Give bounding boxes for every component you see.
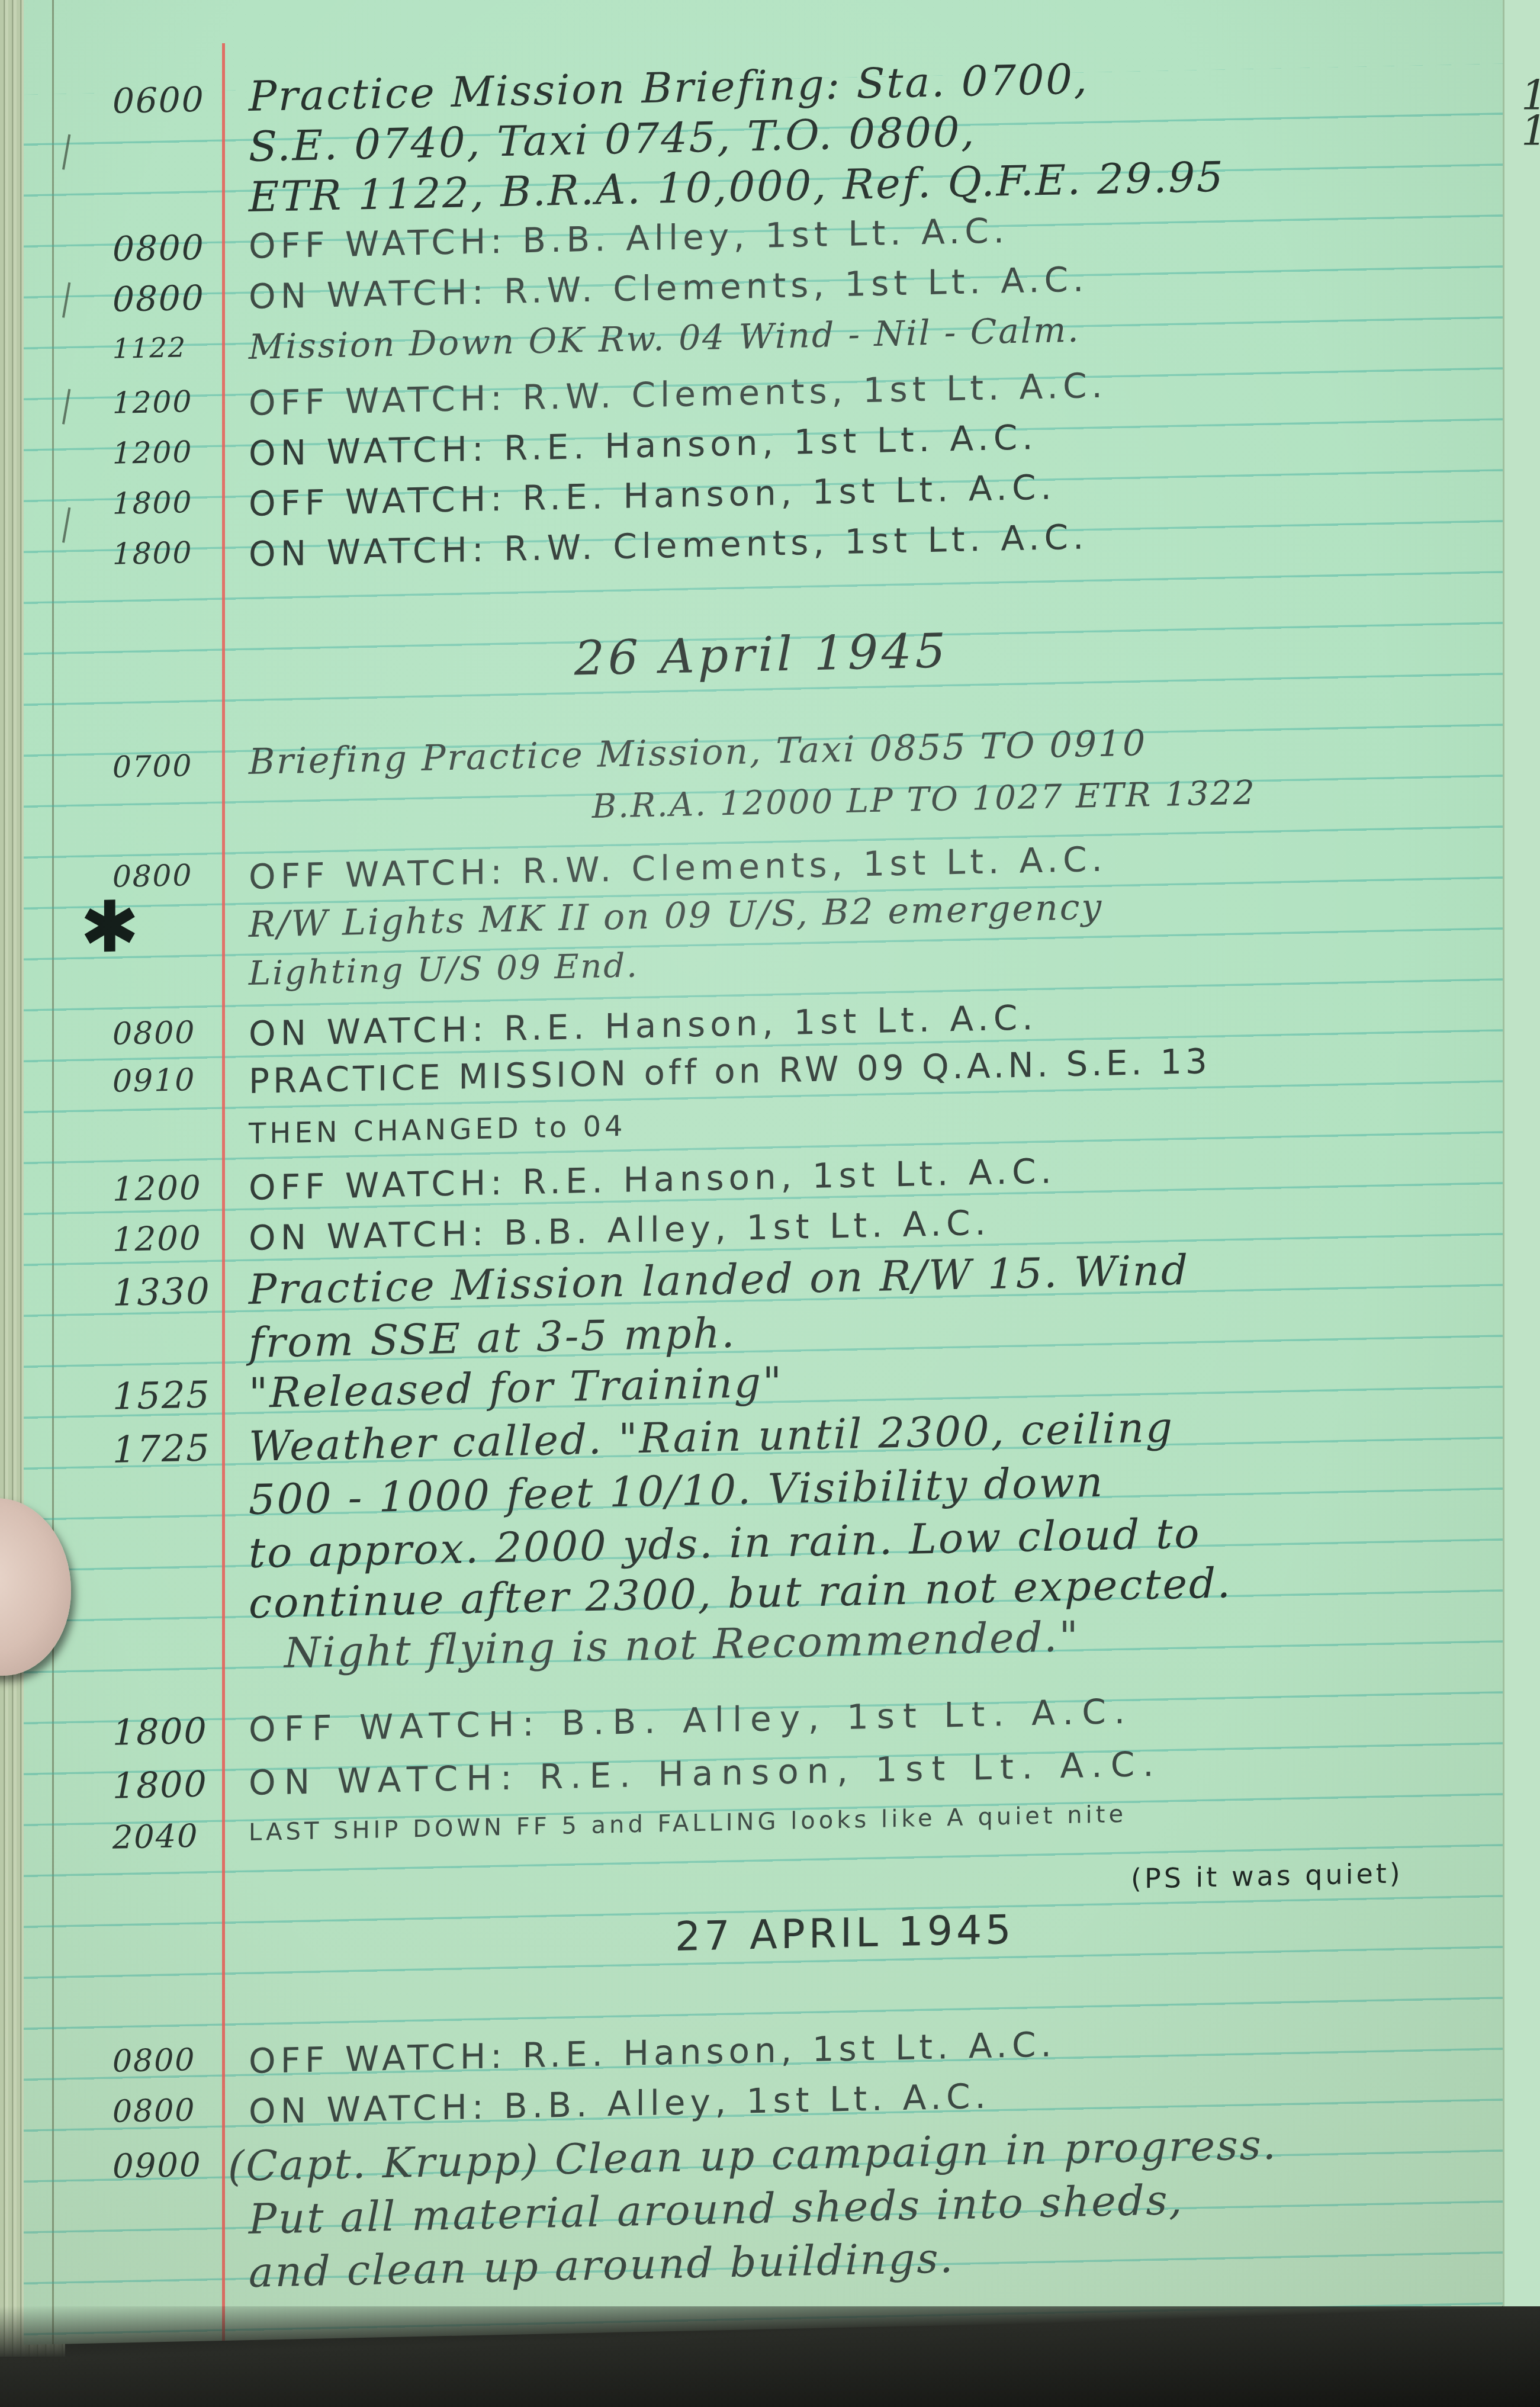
entry-time: 1330 (112, 1269, 219, 1315)
entry-time: 0900 (112, 2145, 219, 2186)
log-entry: 2040 LAST SHIP DOWN FF 5 and FALLING loo… (24, 1790, 1492, 1821)
entry-text: ON WATCH: B.B. Alley, 1st Lt. A.C. (249, 1203, 991, 1258)
ink-blot-mark: ✱ (80, 898, 139, 958)
entry-text: B.R.A. 12000 LP TO 1027 ETR 1322 (592, 773, 1256, 825)
entry-time: 0600 (112, 79, 219, 121)
log-entry: 1200 OFF WATCH: R.W. Clements, 1st Lt. A… (24, 357, 1492, 388)
log-entry: 0600 Practice Mission Briefing: Sta. 070… (24, 40, 1492, 71)
entry-text: "Released for Training" (249, 1358, 783, 1418)
entry-time: 1725 (112, 1426, 219, 1471)
entry-text: ON WATCH: R.W. Clements, 1st Lt. A.C. (249, 259, 1089, 317)
entry-time: 0910 (112, 1062, 219, 1100)
log-entry: 0800 OFF WATCH: R.E. Hanson, 1st Lt. A.C… (24, 2015, 1492, 2046)
log-entry: 0800 ON WATCH: R.E. Hanson, 1st Lt. A.C. (24, 988, 1492, 1018)
entry-text: R/W Lights MK II on 09 U/S, B2 emergency (249, 886, 1103, 946)
log-entry: 1800 OFF WATCH: B.B. Alley, 1st Lt. A.C. (24, 1683, 1492, 1714)
entry-time: 1200 (112, 434, 219, 471)
ps-note: (PS it was quiet) (1131, 1857, 1403, 1895)
log-entry: 1525 "Released for Training" (24, 1346, 1492, 1377)
entry-time: 0800 (112, 2092, 219, 2130)
entry-text: from SSE at 3-5 mph. (249, 1309, 737, 1367)
log-entry: 0900 (Capt. Krupp) Clean up campaign in … (24, 2119, 1492, 2149)
entry-time: 1800 (112, 484, 219, 521)
entry-time: 1800 (112, 1763, 219, 1807)
table-shadow (0, 2306, 1540, 2407)
entry-text: OFF WATCH: R.E. Hanson, 1st Lt. A.C. (249, 1151, 1056, 1208)
entry-text: Mission Down OK Rw. 04 Wind - Nil - Calm… (249, 310, 1081, 367)
entry-text: Practice Mission landed on R/W 15. Wind (249, 1246, 1189, 1314)
next-page-fragment: 1 (1521, 107, 1540, 155)
entry-time: 1525 (112, 1373, 219, 1418)
log-entry: 0700 Briefing Practice Mission, Taxi 085… (24, 721, 1492, 752)
entry-time: 0800 (112, 277, 219, 320)
entry-text: OFF WATCH: B.B. Alley, 1st Lt. A.C. (249, 1691, 1133, 1750)
entry-text: OFF WATCH: R.W. Clements, 1st Lt. A.C. (249, 365, 1107, 423)
entry-time: 1200 (112, 1168, 219, 1209)
log-entry: 1800 ON WATCH: R.E. Hanson, 1st Lt. A.C. (24, 1737, 1492, 1768)
entry-text: OFF WATCH: R.E. Hanson, 1st Lt. A.C. (249, 2024, 1056, 2081)
entry-text: ON WATCH: R.E. Hanson, 1st Lt. A.C. (249, 1744, 1162, 1803)
entry-text: ON WATCH: R.E. Hanson, 1st Lt. A.C. (249, 417, 1038, 474)
entry-time: 2040 (112, 1817, 219, 1856)
entry-time: 1122 (112, 330, 219, 365)
entry-text: ON WATCH: R.E. Hanson, 1st Lt. A.C. (249, 997, 1038, 1054)
entry-text: Lighting U/S 09 End. (249, 946, 639, 993)
entry-text: LAST SHIP DOWN FF 5 and FALLING looks li… (249, 1801, 1127, 1846)
entry-time: 0800 (112, 227, 219, 269)
log-entry: 1122 Mission Down OK Rw. 04 Wind - Nil -… (24, 304, 1492, 335)
entry-time: 1200 (112, 384, 219, 420)
entry-time: 1200 (112, 1219, 219, 1259)
entry-time: 1800 (112, 535, 219, 571)
log-book-page: 0600 Practice Mission Briefing: Sta. 070… (24, 0, 1516, 2345)
date-heading: 27 APRIL 1945 (675, 1907, 1015, 1961)
entry-text: and clean up around buildings. (249, 2234, 955, 2297)
entry-text: ON WATCH: R.W. Clements, 1st Lt. A.C. (249, 516, 1089, 574)
entry-time: 0700 (112, 748, 219, 785)
entry-time: 0800 (112, 1014, 219, 1052)
log-content: 0600 Practice Mission Briefing: Sta. 070… (24, 0, 1516, 2345)
entry-text: Briefing Practice Mission, Taxi 0855 TO … (249, 722, 1147, 783)
photo-scene: 0600 Practice Mission Briefing: Sta. 070… (0, 0, 1540, 2407)
entry-text: ON WATCH: B.B. Alley, 1st Lt. A.C. (249, 2076, 991, 2132)
entry-text: OFF WATCH: R.E. Hanson, 1st Lt. A.C. (249, 467, 1056, 524)
entry-time: 1800 (112, 1710, 219, 1754)
date-heading: 26 April 1945 (574, 623, 949, 686)
entry-time: 0800 (112, 2042, 219, 2080)
log-entry: 1200 OFF WATCH: R.E. Hanson, 1st Lt. A.C… (24, 1142, 1492, 1172)
entry-text: THEN CHANGED to 04 (249, 1110, 626, 1151)
next-page-edge: 1 1 (1503, 0, 1540, 2357)
log-entry: 0800 OFF WATCH: R.W. Clements, 1st Lt. A… (24, 831, 1492, 862)
